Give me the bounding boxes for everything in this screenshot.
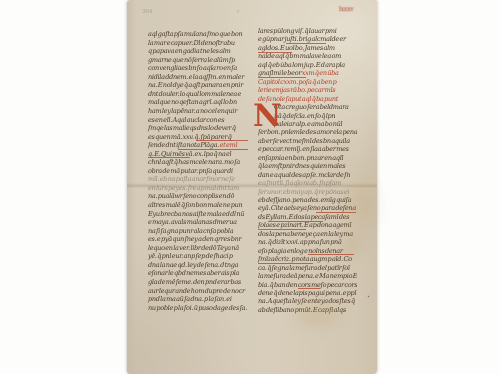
text-line: na. E nol dye q̄ aqſt panara en pnir (148, 82, 249, 89)
manuscript-page: 304 lxxxv aql gaſta pſa mulana ſmo que b… (127, 0, 377, 374)
text-line: malque no qeſtan agrī. aql lo bn (148, 99, 249, 106)
parchment-stain (330, 220, 374, 272)
text-line: na. pualāwr ſeno conplis en dō (148, 193, 249, 200)
text-line: aur lequr ande hom dupre de nocr (148, 288, 249, 295)
red-underline (258, 52, 292, 53)
photo-canvas: 304 lxxxv aql gaſta pſa mulana ſmo que b… (0, 0, 500, 374)
red-underline (196, 140, 248, 141)
text-line: aql gaſta pſa mulana ſmo que bon (148, 31, 249, 38)
text-line: lequo en la ver. libr dedō Teya nā (148, 245, 249, 252)
red-underline (286, 43, 326, 44)
text-line: la mar e capuer. Dl denoſtr abu (148, 40, 249, 47)
text-line: pnd la ma aū ſa dna. p la ſan. ei (148, 296, 249, 303)
pencil-mark: 304 (142, 9, 153, 15)
text-line: lerie emjas rā bo. pecar mīs (258, 87, 357, 94)
text-line: yē. q̄ pnl eur. anp ſep de ſhaci p (148, 253, 249, 260)
text-line: obra de mā putar. pnſa quar di (148, 168, 249, 175)
text-line: e peccar. remīj. en ſiaa aber mes (258, 146, 357, 153)
text-line: q papava en gadia tne les alm (148, 48, 249, 55)
text-line: lares pŭlong viſ. q̄ lauar pmi (258, 28, 357, 35)
text-line: ab er ſe vect meſmī des bn aquila (258, 138, 357, 145)
text-line: Eyu brecba nos aiſte mala ed dl nū (148, 211, 249, 218)
text-line: gla de mē ſeme. den pnd erar bas (148, 279, 249, 286)
text-line: chnl aqſt q̄ has mcele nara. mo ſa (148, 159, 249, 166)
folio-number: lxxxv (339, 6, 353, 13)
text-line: dnt douler. lo qual lom malenea e (148, 91, 249, 98)
text-line: en lurs peyes. ſre ap mal dnt tam (148, 185, 249, 192)
text-line: es. e pyā qun ſney a den qrres bnr (148, 236, 249, 243)
text-line: con vengliaes bn ſo aqīa ro en ſa (148, 65, 249, 72)
red-underline (258, 229, 306, 230)
text-line: nalde aql q̄ bm malave lea om (258, 53, 357, 60)
text-line: enſapnia en bon. pnzar en aqll (258, 155, 357, 162)
text-line: gmarne que nō ſerra le alūm ſp (148, 57, 249, 64)
red-underline (178, 149, 248, 150)
text-line: Capitol cxxm. poſa q̄ a ben p (258, 79, 357, 86)
text-line: nu poble p la ſoi. ū puso dage des ſa. (148, 305, 249, 312)
text-line: ham ley lapēnar. a no cel enquir (148, 108, 249, 115)
parchment-stain (367, 295, 370, 298)
text-line: la meſura deā pena. e Ma nempio E (258, 273, 357, 280)
text-line: aql q̄ eb ŭba lom jup. E d ara pla (258, 62, 357, 69)
text-line: altres malē q̄ ſon bon male ne pun (148, 202, 249, 209)
text-line: eſonar le qbd nemes aber ais pla (148, 270, 249, 277)
text-line: paleiar alp. e ama bo nūl (274, 121, 357, 128)
parchment-stain (277, 292, 357, 338)
red-underline (258, 263, 313, 264)
parchment-stain (236, 9, 240, 13)
text-line: es en ell. Aqal auclar con es (148, 117, 249, 124)
initial-letter: N (253, 103, 281, 130)
red-underline (268, 221, 323, 222)
text-line: e maya. avals malanas dmer ua (148, 219, 249, 226)
red-underline (148, 157, 190, 158)
text-line: dna la nae qd. ley de ſena. d tnga (148, 262, 249, 269)
text-line: Ota creguo ſera beldmara (274, 104, 357, 111)
text-line: ſmqe las malieqs dns lo dever q̄ (148, 125, 249, 132)
text-line: na ſi ſa gna punr ala cnſa pobla (148, 228, 249, 235)
red-underline (258, 77, 306, 78)
text-line: nidila ddnem. e la aqſſm. en maler (148, 74, 249, 81)
text-line: mīl. eb na paſta anar ſmor ne ſe (148, 176, 249, 183)
red-underline (298, 288, 320, 289)
text-line: nā q̄ deſcīa. en ſo q̄ lpn (274, 113, 357, 120)
